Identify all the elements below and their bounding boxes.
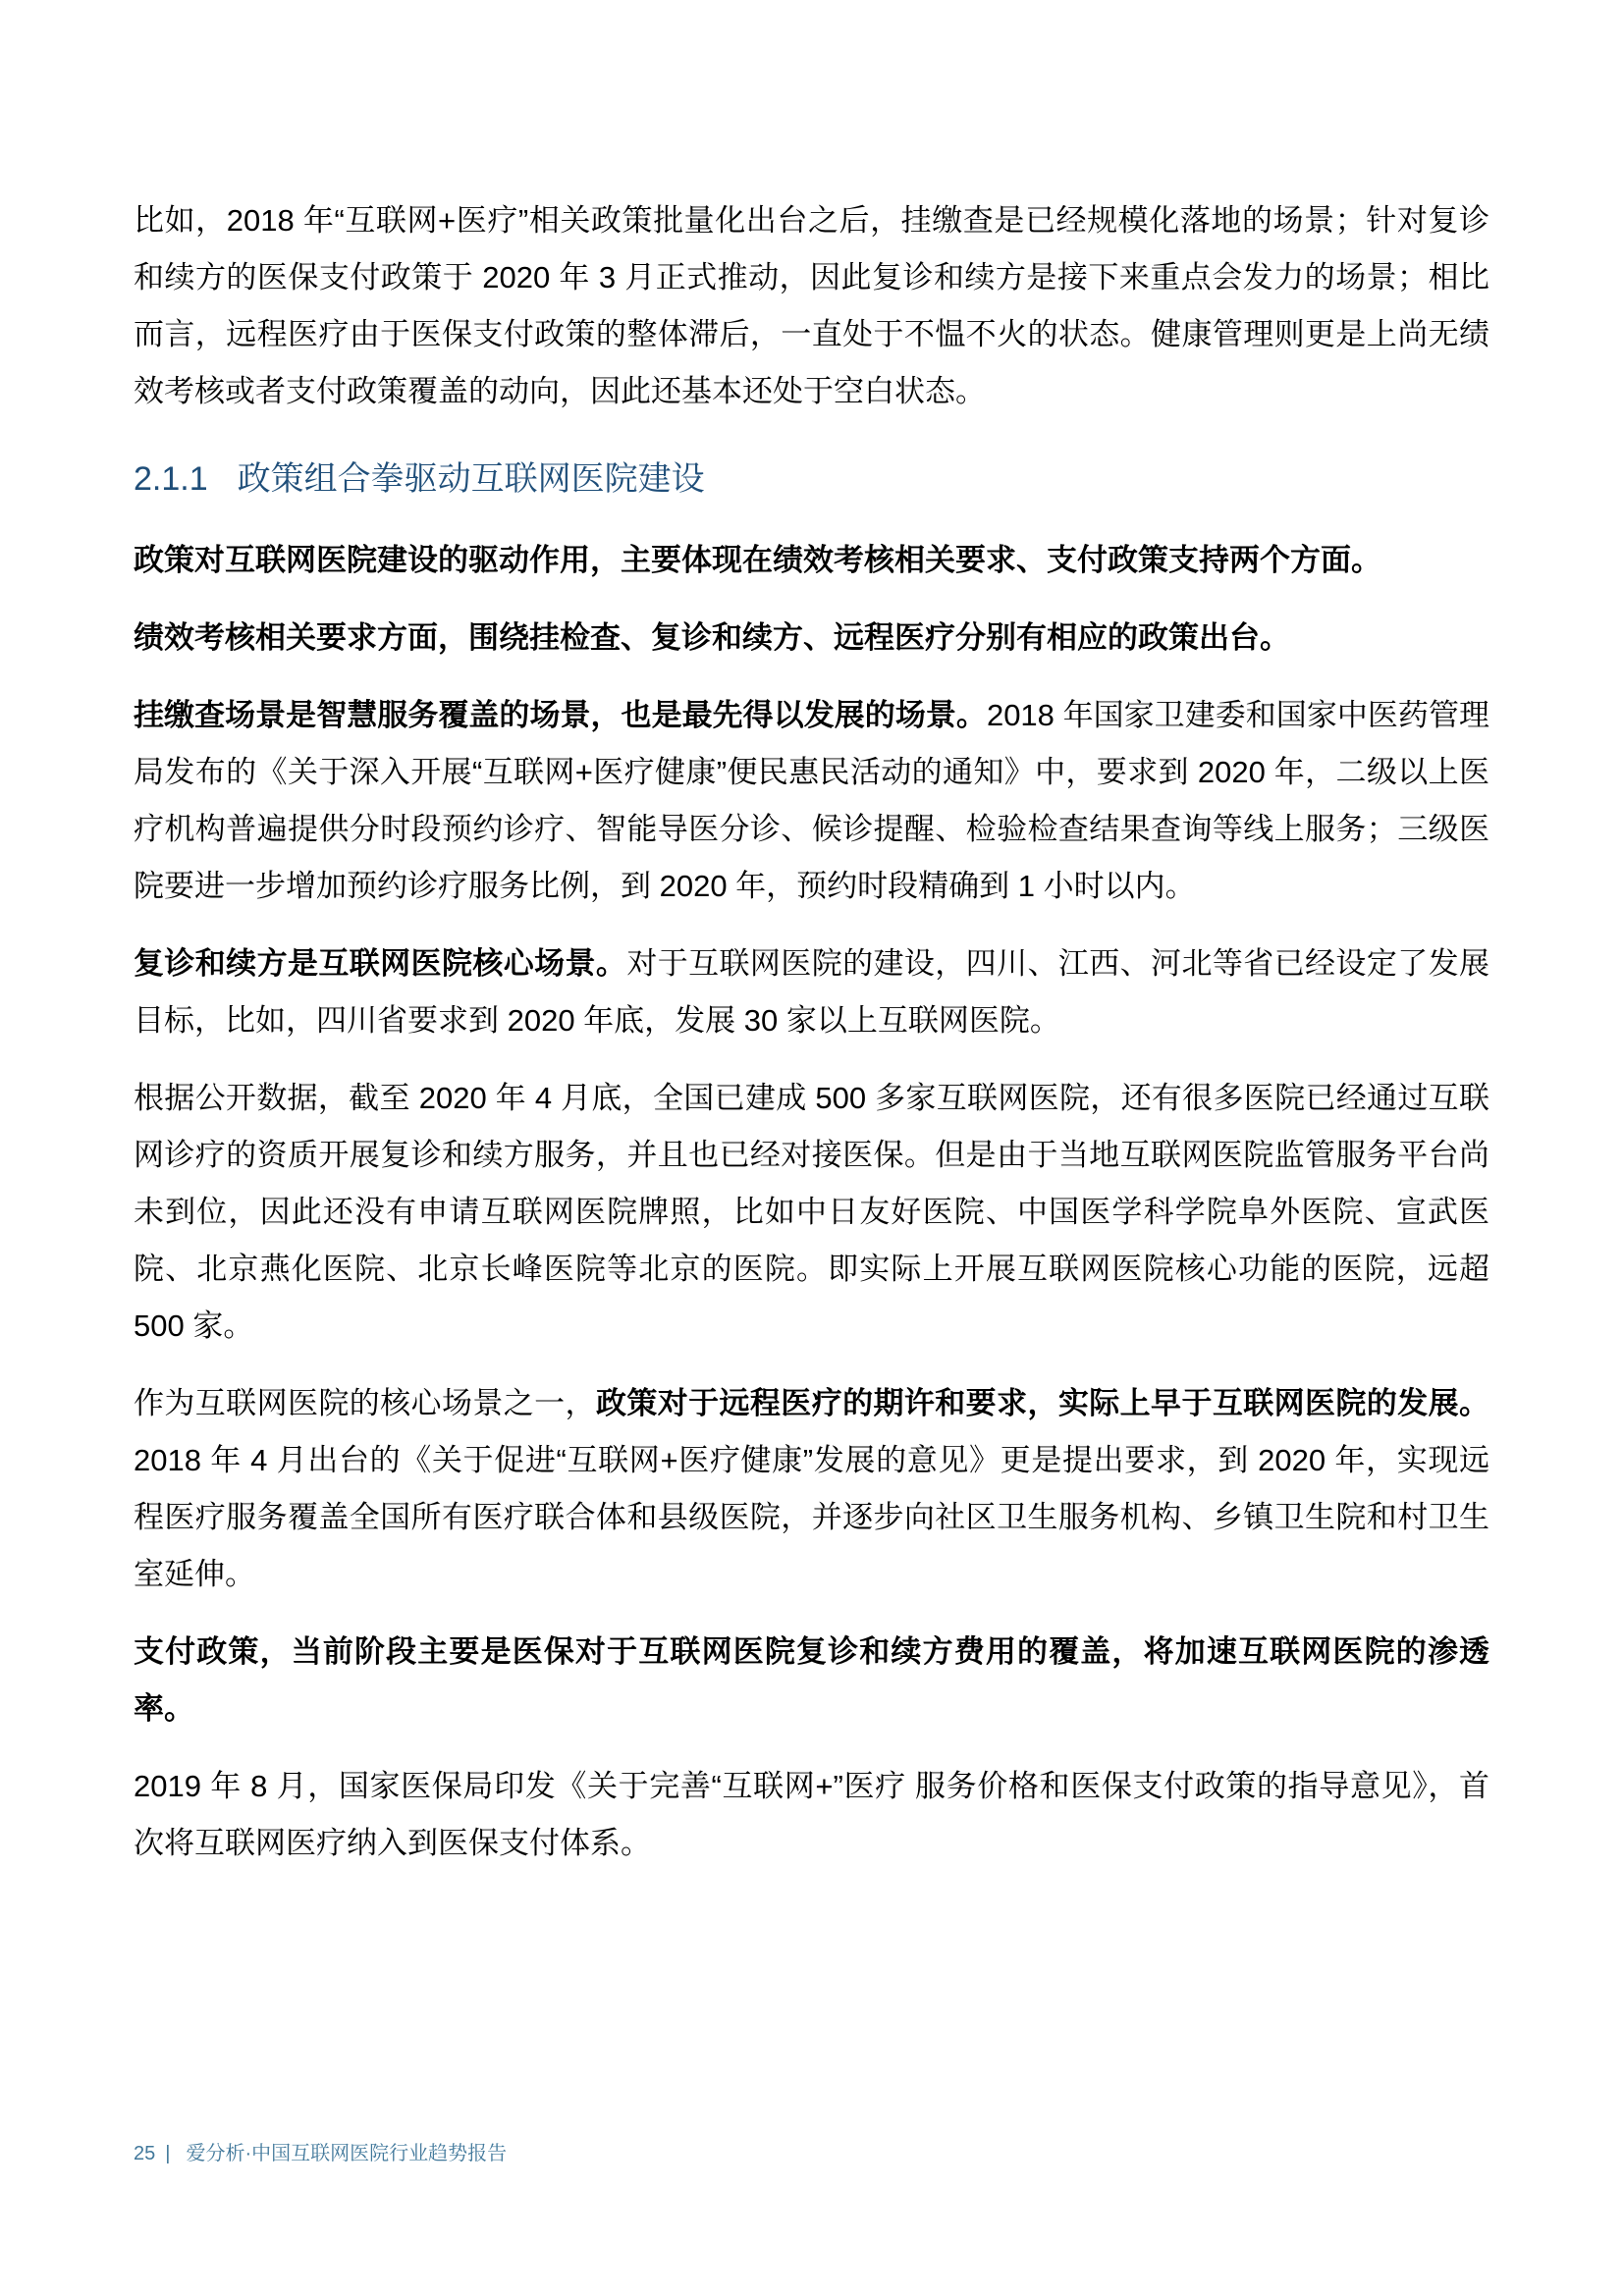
footer-report-title: 爱分析·中国互联网医院行业趋势报告 bbox=[186, 2143, 507, 2164]
paragraph-nhsa-2019: 2019 年 8 月，国家医保局印发《关于完善“互联网+”医疗 服务价格和医保支… bbox=[134, 1758, 1489, 1872]
paragraph-fuzhen: 复诊和续方是互联网医院核心场景。对于互联网医院的建设，四川、江西、河北等省已经设… bbox=[134, 935, 1489, 1049]
paragraph-guajiaocha: 挂缴查场景是智慧服务覆盖的场景，也是最先得以发展的场景。2018 年国家卫建委和… bbox=[134, 687, 1489, 915]
page-footer: 25|爱分析·中国互联网医院行业趋势报告 bbox=[134, 2140, 507, 2167]
paragraph-guajiaocha-lead: 挂缴查场景是智慧服务覆盖的场景，也是最先得以发展的场景。 bbox=[134, 698, 987, 732]
paragraph-telemedicine-pre: 作为互联网医院的核心场景之一， bbox=[134, 1386, 596, 1420]
paragraph-intro: 比如，2018 年“互联网+医疗”相关政策批量化出台之后，挂缴查是已经规模化落地… bbox=[134, 192, 1489, 420]
paragraph-telemedicine-lead: 政策对于远程医疗的期许和要求，实际上早于互联网医院的发展。 bbox=[596, 1386, 1489, 1420]
paragraph-fuzhen-lead: 复诊和续方是互联网医院核心场景。 bbox=[134, 946, 626, 981]
section-number: 2.1.1 bbox=[134, 460, 208, 498]
footer-separator: | bbox=[165, 2143, 170, 2164]
paragraph-payment-policy: 支付政策，当前阶段主要是医保对于互联网医院复诊和续方费用的覆盖，将加速互联网医院… bbox=[134, 1624, 1489, 1737]
document-page: 比如，2018 年“互联网+医疗”相关政策批量化出台之后，挂缴查是已经规模化落地… bbox=[0, 0, 1623, 2296]
paragraph-telemedicine-body: 2018 年 4 月出台的《关于促进“互联网+医疗健康”发展的意见》更是提出要求… bbox=[134, 1443, 1489, 1591]
paragraph-telemedicine: 作为互联网医院的核心场景之一，政策对于远程医疗的期许和要求，实际上早于互联网医院… bbox=[134, 1375, 1489, 1603]
paragraph-policy-drive: 政策对互联网医院建设的驱动作用，主要体现在绩效考核相关要求、支付政策支持两个方面… bbox=[134, 532, 1489, 589]
section-heading: 2.1.1政策组合拳驱动互联网医院建设 bbox=[134, 455, 1489, 503]
paragraph-kpi-requirements: 绩效考核相关要求方面，围绕挂检查、复诊和续方、远程医疗分别有相应的政策出台。 bbox=[134, 610, 1489, 667]
page-content: 比如，2018 年“互联网+医疗”相关政策批量化出台之后，挂缴查是已经规模化落地… bbox=[134, 192, 1489, 1893]
section-title: 政策组合拳驱动互联网医院建设 bbox=[238, 460, 705, 498]
paragraph-public-data: 根据公开数据，截至 2020 年 4 月底，全国已建成 500 多家互联网医院，… bbox=[134, 1070, 1489, 1355]
footer-page-number: 25 bbox=[134, 2143, 155, 2164]
